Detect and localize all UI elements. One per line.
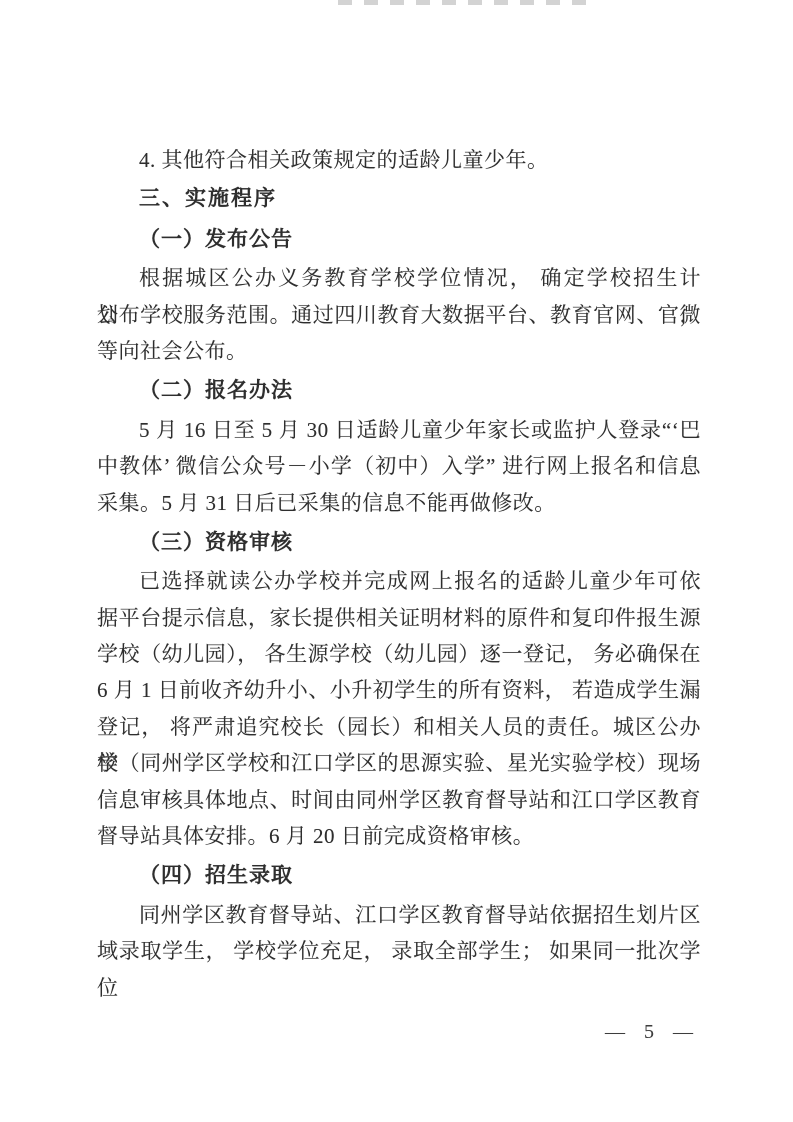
text-line: （三）资格审核: [97, 524, 701, 560]
body-paragraph: 5 月 16 日至 5 月 30 日适龄儿童少年家长或监护人登录“‘巴中教体’ …: [97, 412, 701, 521]
body-paragraph: 已选择就读公办学校并完成网上报名的适龄儿童少年可依据平台提示信息，家长提供相关证…: [97, 563, 701, 854]
text-line: （二）报名办法: [97, 372, 701, 408]
document-body: 4. 其他符合相关政策规定的适龄儿童少年。三、实施程序（一）发布公告根据城区公办…: [97, 142, 701, 970]
body-paragraph: 同州学区教育督导站、江口学区教育督导站依据招生划片区域录取学生， 学校学位充足，…: [97, 897, 701, 970]
sub-heading: （四）招生录取: [97, 857, 701, 893]
text-line: 根据城区公办义务教育学校学位情况， 确定学校招生计划，: [97, 260, 701, 296]
scan-artifact: [338, 0, 598, 5]
text-line: 三、实施程序: [97, 181, 701, 217]
text-line: 已选择就读公办学校并完成网上报名的适龄儿童少年可依: [97, 563, 701, 599]
text-line: 学校（幼儿园）， 各生源学校（幼儿园）逐一登记， 务必确保在: [97, 636, 701, 672]
text-line: 校（同州学区学校和江口学区的思源实验、星光实验学校）现场: [97, 745, 701, 781]
text-line: 据平台提示信息，家长提供相关证明材料的原件和复印件报生源: [97, 600, 701, 636]
document-page: 4. 其他符合相关政策规定的适龄儿童少年。三、实施程序（一）发布公告根据城区公办…: [0, 0, 793, 1122]
list-item: 4. 其他符合相关政策规定的适龄儿童少年。: [97, 142, 701, 178]
text-line: （一）发布公告: [97, 221, 701, 257]
text-line: 域录取学生， 学校学位充足， 录取全部学生； 如果同一批次学位: [97, 933, 701, 969]
sub-heading: （三）资格审核: [97, 524, 701, 560]
text-line: 5 月 16 日至 5 月 30 日适龄儿童少年家长或监护人登录“‘巴: [97, 412, 701, 448]
text-line: 登记， 将严肃追究校长（园长）和相关人员的责任。城区公办学: [97, 709, 701, 745]
section-heading: 三、实施程序: [97, 181, 701, 217]
text-line: （四）招生录取: [97, 857, 701, 893]
text-line: 同州学区教育督导站、江口学区教育督导站依据招生划片区: [97, 897, 701, 933]
sub-heading: （一）发布公告: [97, 221, 701, 257]
text-line: 公布学校服务范围。通过四川教育大数据平台、教育官网、官微: [97, 297, 701, 333]
text-line: 4. 其他符合相关政策规定的适龄儿童少年。: [97, 142, 701, 178]
page-number: — 5 —: [605, 1021, 695, 1044]
text-line: 督导站具体安排。6 月 20 日前完成资格审核。: [97, 818, 701, 854]
text-line: 等向社会公布。: [97, 333, 701, 369]
sub-heading: （二）报名办法: [97, 372, 701, 408]
body-paragraph: 根据城区公办义务教育学校学位情况， 确定学校招生计划，公布学校服务范围。通过四川…: [97, 260, 701, 369]
text-line: 采集。5 月 31 日后已采集的信息不能再做修改。: [97, 485, 701, 521]
text-line: 信息审核具体地点、时间由同州学区教育督导站和江口学区教育: [97, 782, 701, 818]
text-line: 中教体’ 微信公众号－小学（初中）入学” 进行网上报名和信息: [97, 448, 701, 484]
text-line: 6 月 1 日前收齐幼升小、小升初学生的所有资料， 若造成学生漏: [97, 672, 701, 708]
